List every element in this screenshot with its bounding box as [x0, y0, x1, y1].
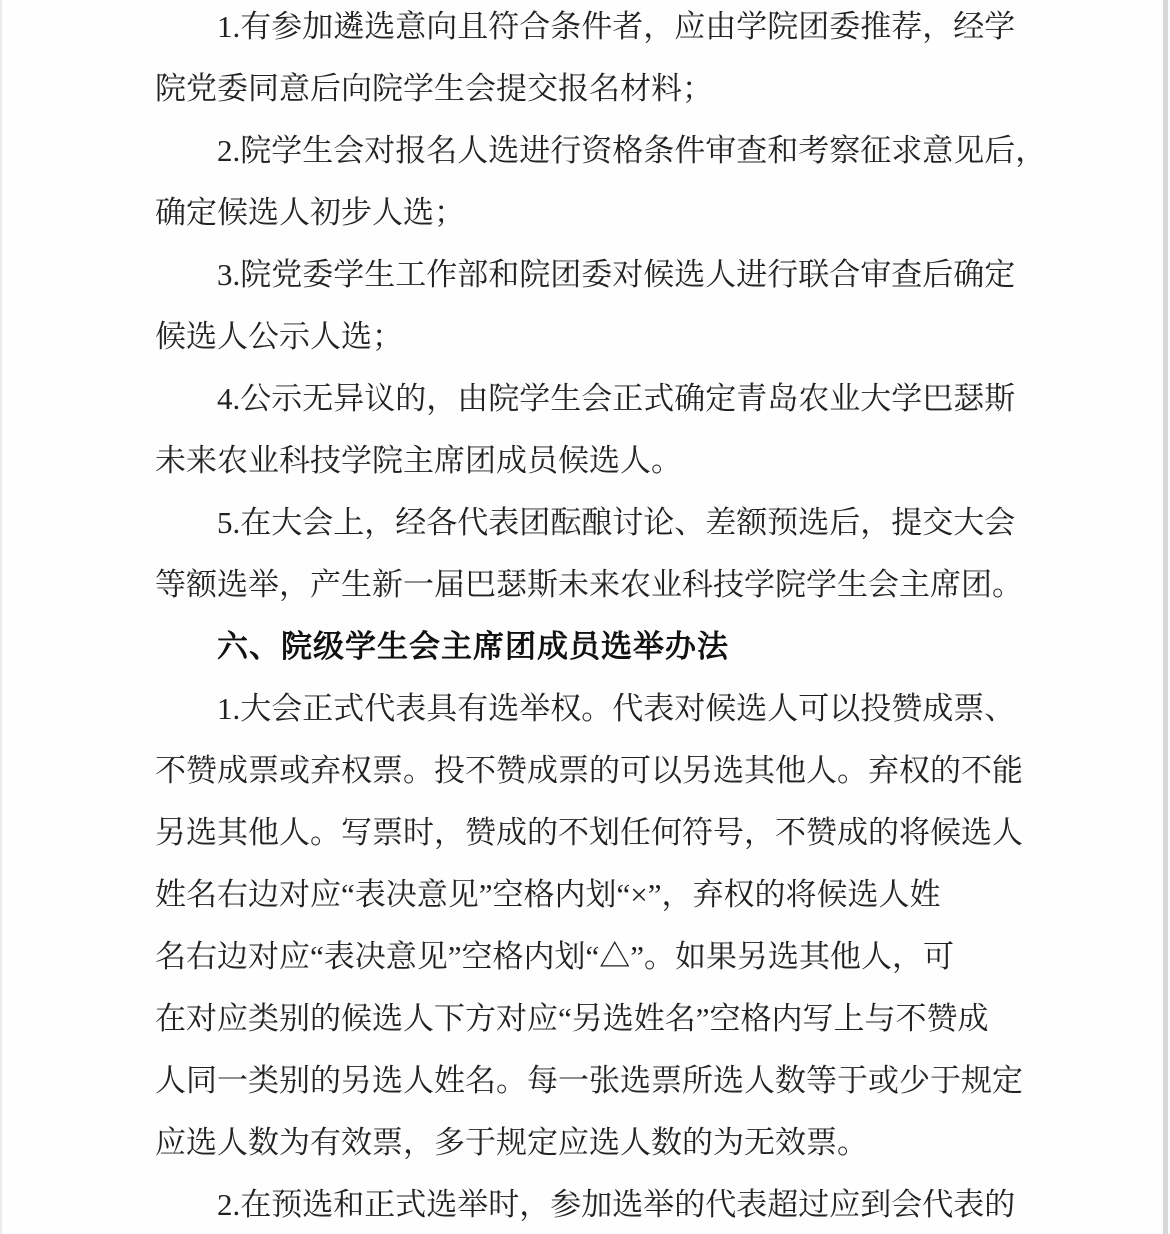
text-line: 4.公示无异议的，由院学生会正式确定青岛农业大学巴瑟斯: [155, 368, 1165, 430]
text-line: 1.大会正式代表具有选举权。代表对候选人可以投赞成票、: [155, 678, 1165, 740]
document-text: 1.有参加遴选意向且符合条件者，应由学院团委推荐，经学院党委同意后向院学生会提交…: [155, 0, 1165, 1234]
text-line: 不赞成票或弃权票。投不赞成票的可以另选其他人。弃权的不能: [155, 740, 1165, 802]
text-line: 5.在大会上，经各代表团酝酿讨论、差额预选后，提交大会: [155, 492, 1165, 554]
text-line: 候选人公示人选；: [155, 306, 1165, 368]
text-line: 名右边对应“表决意见”空格内划“△”。如果另选其他人，可: [155, 926, 1165, 988]
text-line: 2.在预选和正式选举时，参加选举的代表超过应到会代表的: [155, 1174, 1165, 1234]
text-line: 人同一类别的另选人姓名。每一张选票所选人数等于或少于规定: [155, 1050, 1165, 1112]
document-page: 1.有参加遴选意向且符合条件者，应由学院团委推荐，经学院党委同意后向院学生会提交…: [0, 0, 1170, 1234]
text-line: 确定候选人初步人选；: [155, 182, 1165, 244]
text-line: 1.有参加遴选意向且符合条件者，应由学院团委推荐，经学: [155, 0, 1165, 58]
text-line: 另选其他人。写票时，赞成的不划任何符号，不赞成的将候选人: [155, 802, 1165, 864]
text-line: 应选人数为有效票，多于规定应选人数的为无效票。: [155, 1112, 1165, 1174]
text-line: 等额选举，产生新一届巴瑟斯未来农业科技学院学生会主席团。: [155, 554, 1165, 616]
text-line: 在对应类别的候选人下方对应“另选姓名”空格内写上与不赞成: [155, 988, 1165, 1050]
section-heading: 六、院级学生会主席团成员选举办法: [155, 616, 1165, 678]
text-line: 院党委同意后向院学生会提交报名材料；: [155, 58, 1165, 120]
text-line: 2.院学生会对报名人选进行资格条件审查和考察征求意见后，: [155, 120, 1165, 182]
page-left-edge: [0, 0, 2, 1234]
text-line: 3.院党委学生工作部和院团委对候选人进行联合审查后确定: [155, 244, 1165, 306]
text-line: 姓名右边对应“表决意见”空格内划“×”，弃权的将候选人姓: [155, 864, 1165, 926]
text-line: 未来农业科技学院主席团成员候选人。: [155, 430, 1165, 492]
